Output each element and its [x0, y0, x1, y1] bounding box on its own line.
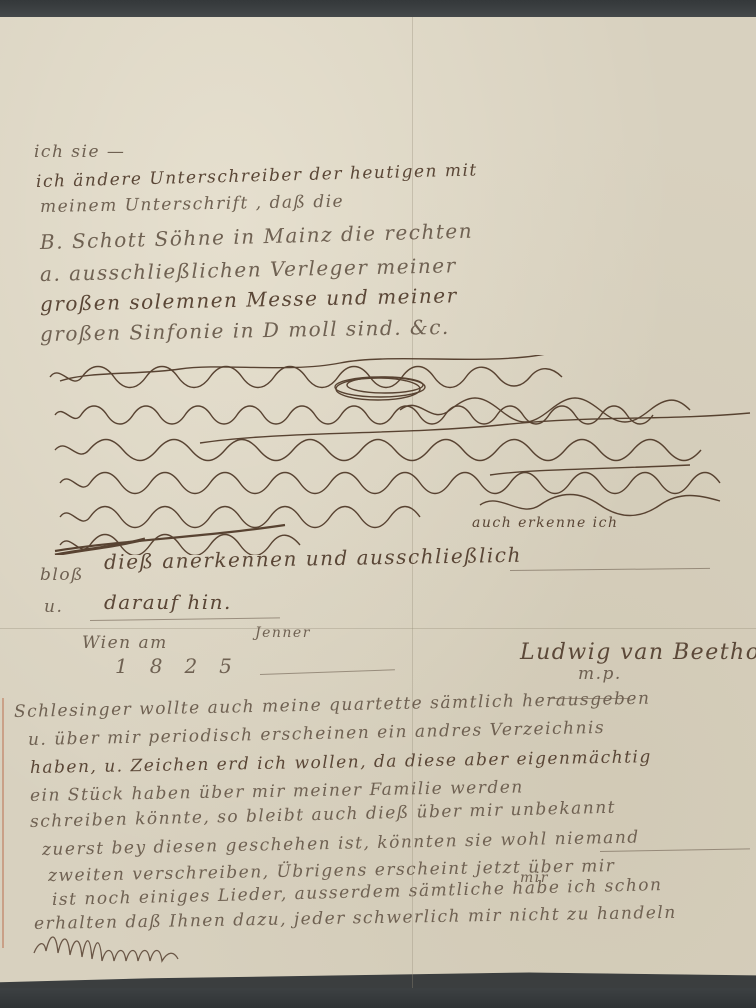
underline-rule — [90, 617, 280, 621]
signature: Ludwig van Beethoven — [520, 640, 756, 665]
postscript-line: u. über mir periodisch erscheinen ein an… — [28, 718, 606, 750]
text-line: großen solemnen Messe und meiner — [40, 283, 458, 316]
underline-rule — [600, 848, 750, 852]
struck-through-block — [0, 355, 756, 555]
margin-note: u. — [44, 597, 63, 617]
underline-rule — [550, 698, 630, 699]
dateline-month: Jenner — [255, 625, 311, 641]
text-line: großen Sinfonie in D moll sind. &c. — [40, 315, 450, 346]
text-line: meinem Unterschrift , daß die — [40, 192, 345, 217]
interlinear-insertion: mir — [520, 870, 549, 886]
text-line: ich sie — — [34, 142, 125, 162]
signature-suffix: m.p. — [578, 664, 622, 684]
text-line: a. ausschließlichen Verleger meiner — [40, 253, 457, 286]
interlinear-insertion: auch erkenne ich — [472, 515, 619, 531]
text-line: B. Schott Söhne in Mainz die rechten — [40, 219, 474, 254]
margin-note: bloß — [40, 565, 84, 585]
postscript-line: zuerst bey diesen geschehen ist, könnten… — [42, 827, 640, 860]
text-line: darauf hin. — [104, 590, 232, 614]
postscript-line: haben, u. Zeichen erd ich wollen, da die… — [30, 747, 652, 778]
dateline-year: 1825 — [115, 654, 254, 678]
postscript-line: Schlesinger wollte auch meine quartette … — [14, 689, 651, 722]
underline-rule — [510, 568, 710, 571]
dateline-place: Wien am — [82, 633, 168, 653]
handwriting-layer: ich sie — ich ändere Unterschreiber der … — [0, 0, 756, 1008]
struck-word — [28, 925, 238, 965]
text-line: ich ändere Unterschreiber der heutigen m… — [36, 160, 478, 192]
underline-rule — [260, 669, 395, 675]
